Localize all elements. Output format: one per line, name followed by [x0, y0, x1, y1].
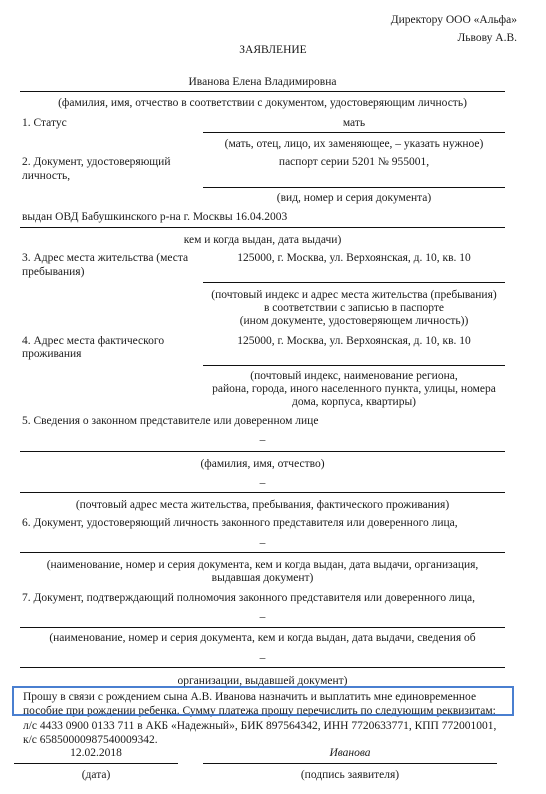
id-document-caption: (вид, номер и серия документа): [203, 191, 505, 205]
date-caption: (дата): [14, 768, 178, 782]
id-document-issued-caption: кем и когда выдан, дата выдачи): [20, 233, 505, 247]
actual-address-caption-3: дома, корпуса, квартиры): [203, 395, 505, 409]
divider-line: [20, 227, 505, 228]
date-value[interactable]: 12.02.2018: [14, 746, 178, 760]
divider-line: [203, 763, 497, 764]
residence-value[interactable]: 125000, г. Москва, ул. Верхоянская, д. 1…: [203, 251, 505, 265]
addressee-line-1: Директору ООО «Альфа»: [391, 13, 517, 27]
signature-caption: (подпись заявителя): [203, 768, 497, 782]
signature-value[interactable]: Иванова: [203, 746, 497, 760]
divider-line: [203, 365, 505, 366]
residence-caption-3: (ином документе, удостоверяющем личность…: [203, 314, 505, 328]
residence-caption-1: (почтовый индекс и адрес места жительств…: [203, 288, 505, 302]
representative-name-caption: (фамилия, имя, отчество): [20, 457, 505, 471]
actual-address-label: 4. Адрес места фактического: [22, 334, 164, 348]
divider-line: [14, 763, 178, 764]
request-line-4: к/с 65850000987540009342.: [23, 733, 158, 747]
divider-line: [20, 492, 505, 493]
id-document-issued[interactable]: выдан ОВД Бабушкинского р-на г. Москвы 1…: [22, 210, 287, 224]
representative-address-caption: (почтовый адрес места жительства, пребыв…: [20, 498, 505, 512]
applicant-name-caption: (фамилия, имя, отчество в соответствии с…: [20, 96, 505, 110]
request-line-3: л/с 4433 0900 0133 711 в АКБ «Надежный»,…: [23, 719, 496, 733]
status-caption: (мать, отец, лицо, их заменяющее, – указ…: [203, 137, 505, 151]
status-label: 1. Статус: [22, 116, 67, 130]
actual-address-caption-1: (почтовый индекс, наименование региона,: [203, 369, 505, 383]
residence-caption-2: в соответствии с записью в паспорте: [203, 301, 505, 315]
actual-address-value[interactable]: 125000, г. Москва, ул. Верхоянская, д. 1…: [203, 334, 505, 348]
authority-doc-value-1[interactable]: –: [20, 610, 505, 624]
representative-label: 5. Сведения о законном представителе или…: [22, 414, 318, 428]
representative-id-value[interactable]: –: [20, 536, 505, 550]
divider-line: [203, 187, 505, 188]
selection-highlight-box: [12, 686, 514, 716]
divider-line: [203, 132, 505, 133]
id-document-label-2: личность,: [22, 169, 70, 183]
applicant-name[interactable]: Иванова Елена Владимировна: [20, 75, 505, 89]
residence-label: 3. Адрес места жительства (места: [22, 251, 188, 265]
status-value[interactable]: мать: [203, 116, 505, 130]
divider-line: [20, 451, 505, 452]
actual-address-caption-2: района, города, иного населенного пункта…: [203, 382, 505, 396]
divider-line: [203, 282, 505, 283]
divider-line: [20, 667, 505, 668]
representative-address-value[interactable]: –: [20, 476, 505, 490]
representative-id-label: 6. Документ, удостоверяющий личность зак…: [22, 516, 458, 530]
id-document-label: 2. Документ, удостоверяющий: [22, 155, 170, 169]
authority-doc-caption-1: (наименование, номер и серия документа, …: [20, 631, 505, 645]
divider-line: [20, 91, 505, 92]
authority-doc-value-2[interactable]: –: [20, 651, 505, 665]
divider-line: [20, 552, 505, 553]
representative-name-value[interactable]: –: [20, 433, 505, 447]
id-document-value[interactable]: паспорт серии 5201 № 955001,: [203, 155, 505, 169]
representative-id-caption-1: (наименование, номер и серия документа, …: [20, 558, 505, 572]
authority-doc-label: 7. Документ, подтверждающий полномочия з…: [22, 591, 475, 605]
representative-id-caption-2: выдавшая документ): [20, 571, 505, 585]
document-title: ЗАЯВЛЕНИЕ: [0, 43, 546, 57]
residence-label-2: пребывания): [22, 265, 84, 279]
actual-address-label-2: проживания: [22, 347, 81, 361]
divider-line: [20, 627, 505, 628]
